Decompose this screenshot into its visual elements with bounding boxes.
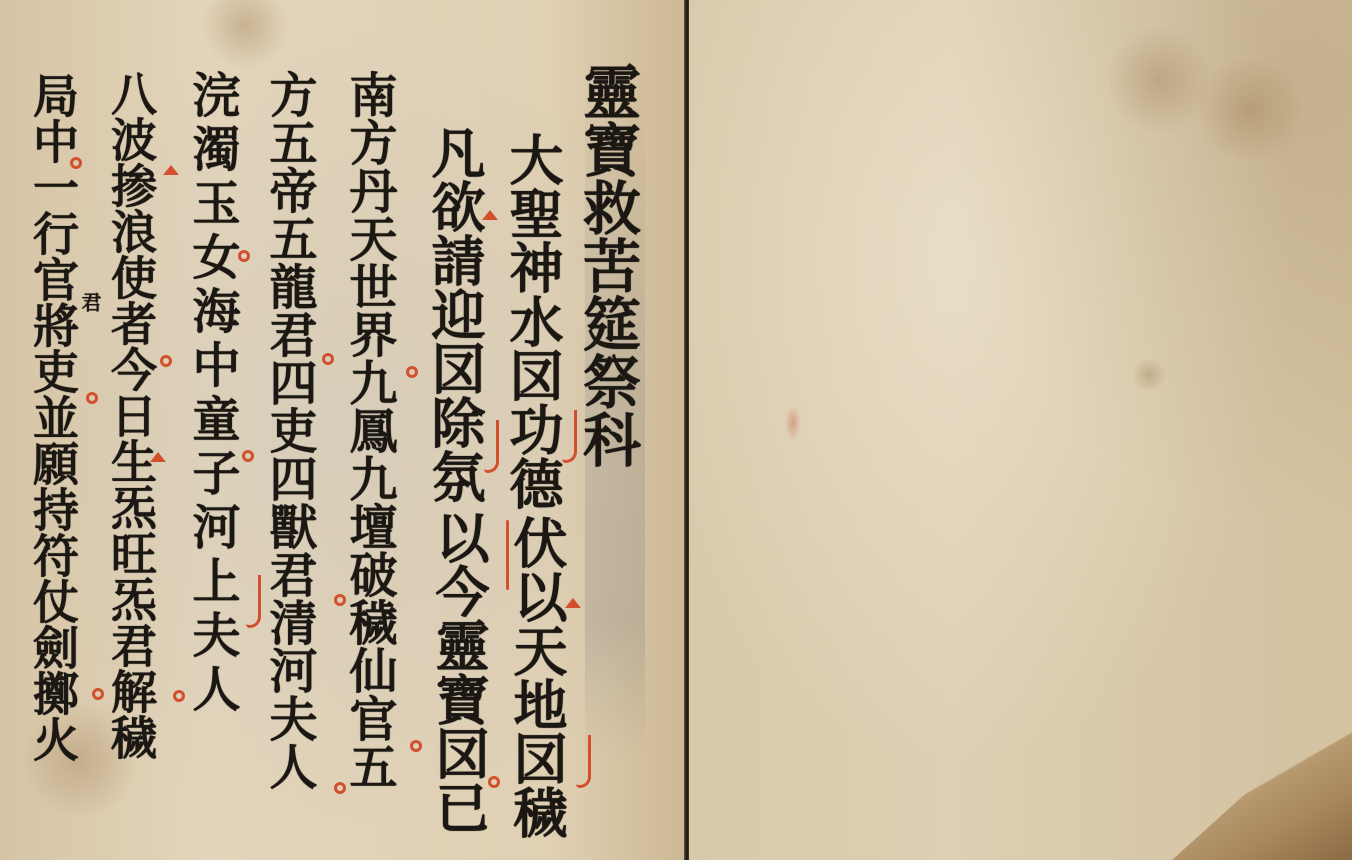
paper-stain [1189,60,1309,160]
column-text: 局中一行官將吏並願持符仗劍擲火 [30,72,76,762]
manuscript-spread: 靈寶救苦筵祭科 大聖神水㘝功德 伏以天地㘝穢 凡欲請迎㘝除氛 以今靈寶㘝已 南方… [0,0,1352,860]
red-punctuation-circle [70,157,82,169]
text-column-3-upper: 凡欲請迎㘝除氛 [428,125,482,503]
red-punctuation-circle [410,740,422,752]
interlinear-note: 君 [80,292,100,312]
page-title: 靈寶救苦筵祭科 [578,62,636,468]
text-column-2-lower: 伏以天地㘝穢 [510,515,564,839]
left-page: 靈寶救苦筵祭科 大聖神水㘝功德 伏以天地㘝穢 凡欲請迎㘝除氛 以今靈寶㘝已 南方… [0,0,686,860]
title-column: 靈寶救苦筵祭科 [578,62,636,468]
column-text: 以今靈寶㘝已 [432,510,486,834]
column-text: 方五帝五龍君四吏四獸君清河夫人 [265,70,313,790]
red-section-mark [576,735,591,788]
red-punctuation-circle [322,353,334,365]
column-text: 伏以天地㘝穢 [510,515,564,839]
red-punctuation-circle [242,450,254,462]
red-section-mark [562,410,577,463]
column-text: 八波掺浪使者今日生炁旺炁君解穢 [108,70,154,760]
text-column-5: 方五帝五龍君四吏四獸君清河夫人 [265,70,313,790]
text-column-6: 浣濁玉女海中童子河上夫人 [188,70,236,718]
column-text: 大聖神水㘝功德 [506,132,560,510]
text-column-2-upper: 大聖神水㘝功德 [506,132,560,510]
red-punctuation-triangle [150,452,166,462]
red-punctuation-circle [92,688,104,700]
text-column-8: 局中一行官將吏並願持符仗劍擲火 [30,72,76,762]
red-punctuation-circle [238,250,250,262]
red-punctuation-circle [173,690,185,702]
red-section-mark [484,420,499,473]
text-column-4: 南方丹天世界九鳳九壇破穢仙官五 [345,70,393,790]
column-text: 南方丹天世界九鳳九壇破穢仙官五 [345,70,393,790]
red-punctuation-circle [334,782,346,794]
red-section-mark [246,575,261,628]
red-ink-smudge [785,405,801,441]
column-text: 凡欲請迎㘝除氛 [428,125,482,503]
text-column-7: 八波掺浪使者今日生炁旺炁君解穢 [108,70,154,760]
paper-stain [200,0,290,70]
red-marker-line [506,520,509,590]
red-punctuation-triangle [482,210,498,220]
red-punctuation-triangle [565,598,581,608]
red-punctuation-circle [334,594,346,606]
paper-stain [1129,360,1169,390]
red-punctuation-circle [86,392,98,404]
text-column-3-lower: 以今靈寶㘝已 [432,510,486,834]
note-text: 君 [80,292,100,312]
red-punctuation-triangle [163,165,179,175]
red-punctuation-circle [406,366,418,378]
red-punctuation-circle [160,355,172,367]
column-text: 浣濁玉女海中童子河上夫人 [188,70,236,718]
red-punctuation-circle [488,776,500,788]
